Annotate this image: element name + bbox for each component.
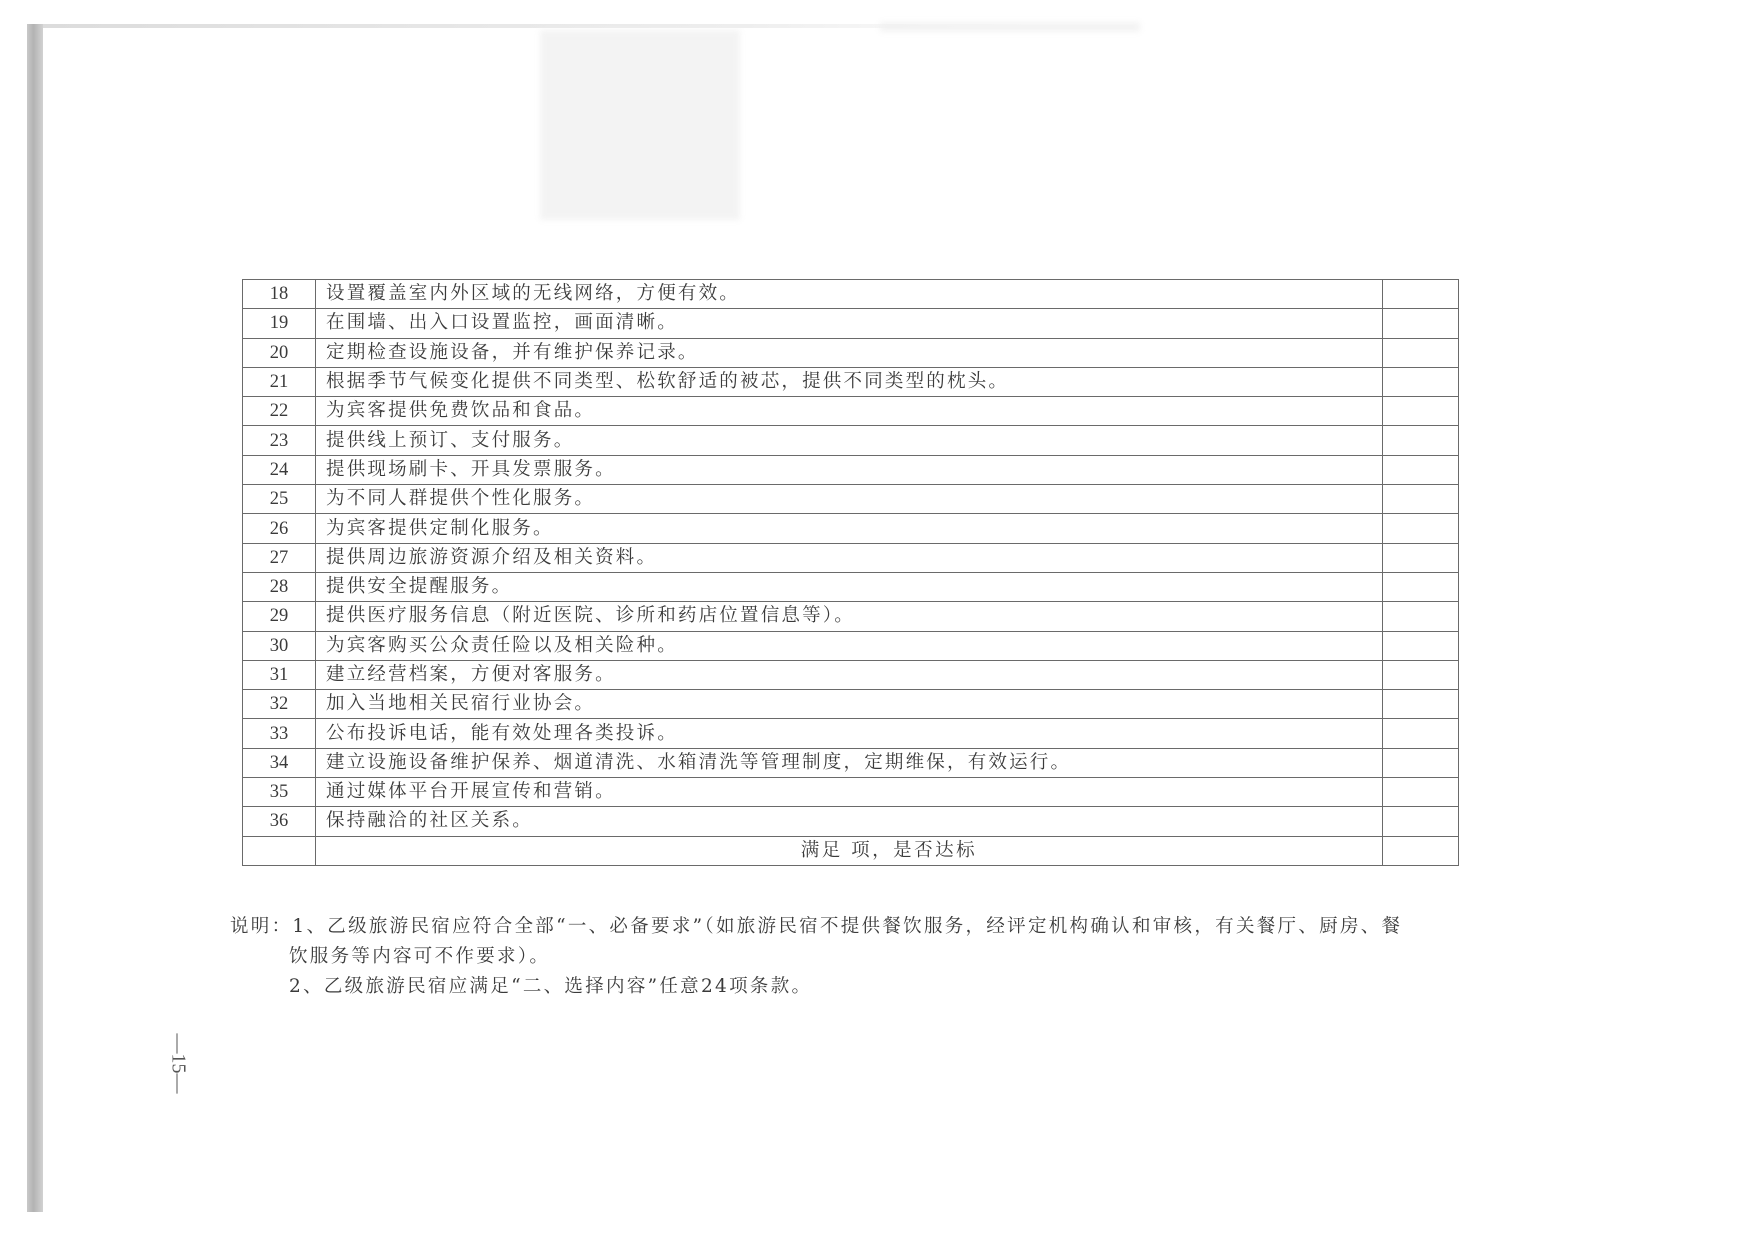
item-text: 公布投诉电话，能有效处理各类投诉。 [316, 719, 1383, 748]
summary-text: 满足 项，是否达标 [316, 836, 1383, 865]
item-number: 28 [243, 572, 316, 601]
check-cell [1383, 748, 1459, 777]
check-cell [1383, 631, 1459, 660]
notes-section: 说明：1、乙级旅游民宿应符合全部“一、必备要求”（如旅游民宿不提供餐饮服务，经评… [230, 912, 1402, 1002]
check-cell [1383, 338, 1459, 367]
item-text: 为不同人群提供个性化服务。 [316, 485, 1383, 514]
scan-edge-shadow [27, 24, 43, 1212]
item-number: 18 [243, 280, 316, 309]
item-text: 为宾客提供定制化服务。 [316, 514, 1383, 543]
item-number: 27 [243, 543, 316, 572]
table-row: 36保持融洽的社区关系。 [243, 807, 1459, 836]
item-number: 22 [243, 397, 316, 426]
note-item-2: 2、乙级旅游民宿应满足“二、选择内容”任意24项条款。 [289, 976, 812, 997]
table-row: 26为宾客提供定制化服务。 [243, 514, 1459, 543]
item-number [243, 836, 316, 865]
table-row: 28提供安全提醒服务。 [243, 572, 1459, 601]
table-row: 20定期检查设施设备，并有维护保养记录。 [243, 338, 1459, 367]
item-number: 32 [243, 690, 316, 719]
check-cell [1383, 280, 1459, 309]
item-text: 定期检查设施设备，并有维护保养记录。 [316, 338, 1383, 367]
table-row: 31建立经营档案，方便对客服务。 [243, 660, 1459, 689]
summary-row: 满足 项，是否达标 [243, 836, 1459, 865]
table-row: 21根据季节气候变化提供不同类型、松软舒适的被芯，提供不同类型的枕头。 [243, 367, 1459, 396]
item-text: 提供医疗服务信息（附近医院、诊所和药店位置信息等）。 [316, 602, 1383, 631]
table-row: 34建立设施设备维护保养、烟道清洗、水箱清洗等管理制度，定期维保，有效运行。 [243, 748, 1459, 777]
note-line-3: 2、乙级旅游民宿应满足“二、选择内容”任意24项条款。 [230, 972, 1402, 1002]
note-item-1-continued: 饮服务等内容可不作要求）。 [289, 946, 550, 967]
bleed-through-smudge [880, 22, 1140, 32]
check-cell [1383, 836, 1459, 865]
table-row: 24提供现场刷卡、开具发票服务。 [243, 455, 1459, 484]
check-cell [1383, 367, 1459, 396]
table-row: 23提供线上预订、支付服务。 [243, 426, 1459, 455]
table-row: 30为宾客购买公众责任险以及相关险种。 [243, 631, 1459, 660]
check-cell [1383, 397, 1459, 426]
check-cell [1383, 514, 1459, 543]
item-number: 20 [243, 338, 316, 367]
check-cell [1383, 719, 1459, 748]
item-text: 提供安全提醒服务。 [316, 572, 1383, 601]
item-text: 加入当地相关民宿行业协会。 [316, 690, 1383, 719]
item-number: 24 [243, 455, 316, 484]
item-text: 在围墙、出入口设置监控，画面清晰。 [316, 309, 1383, 338]
item-text: 为宾客提供免费饮品和食品。 [316, 397, 1383, 426]
item-text: 根据季节气候变化提供不同类型、松软舒适的被芯，提供不同类型的枕头。 [316, 367, 1383, 396]
check-cell [1383, 455, 1459, 484]
item-text: 提供现场刷卡、开具发票服务。 [316, 455, 1383, 484]
check-cell [1383, 602, 1459, 631]
check-cell [1383, 426, 1459, 455]
table-row: 22为宾客提供免费饮品和食品。 [243, 397, 1459, 426]
table-row: 25为不同人群提供个性化服务。 [243, 485, 1459, 514]
table-row: 18设置覆盖室内外区域的无线网络，方便有效。 [243, 280, 1459, 309]
note-line-1: 说明：1、乙级旅游民宿应符合全部“一、必备要求”（如旅游民宿不提供餐饮服务，经评… [230, 912, 1402, 942]
item-text: 为宾客购买公众责任险以及相关险种。 [316, 631, 1383, 660]
table-row: 29提供医疗服务信息（附近医院、诊所和药店位置信息等）。 [243, 602, 1459, 631]
item-number: 25 [243, 485, 316, 514]
check-cell [1383, 807, 1459, 836]
note-line-2: 饮服务等内容可不作要求）。 [230, 942, 1402, 972]
item-text: 保持融洽的社区关系。 [316, 807, 1383, 836]
table-row: 35通过媒体平台开展宣传和营销。 [243, 778, 1459, 807]
table-body: 18设置覆盖室内外区域的无线网络，方便有效。19在围墙、出入口设置监控，画面清晰… [243, 280, 1459, 866]
note-item-1: 1、乙级旅游民宿应符合全部“一、必备要求”（如旅游民宿不提供餐饮服务，经评定机构… [292, 916, 1402, 937]
check-cell [1383, 572, 1459, 601]
bleed-through-smudge [540, 30, 740, 220]
check-cell [1383, 543, 1459, 572]
item-text: 设置覆盖室内外区域的无线网络，方便有效。 [316, 280, 1383, 309]
notes-label: 说明： [230, 916, 292, 937]
item-number: 19 [243, 309, 316, 338]
item-text: 建立经营档案，方便对客服务。 [316, 660, 1383, 689]
item-text: 通过媒体平台开展宣传和营销。 [316, 778, 1383, 807]
table-row: 32加入当地相关民宿行业协会。 [243, 690, 1459, 719]
item-number: 23 [243, 426, 316, 455]
check-cell [1383, 690, 1459, 719]
item-number: 30 [243, 631, 316, 660]
item-number: 31 [243, 660, 316, 689]
table-row: 33公布投诉电话，能有效处理各类投诉。 [243, 719, 1459, 748]
check-cell [1383, 485, 1459, 514]
evaluation-table: 18设置覆盖室内外区域的无线网络，方便有效。19在围墙、出入口设置监控，画面清晰… [242, 279, 1459, 866]
item-number: 35 [243, 778, 316, 807]
item-number: 34 [243, 748, 316, 777]
item-text: 提供线上预订、支付服务。 [316, 426, 1383, 455]
table-row: 27提供周边旅游资源介绍及相关资料。 [243, 543, 1459, 572]
item-number: 26 [243, 514, 316, 543]
item-number: 33 [243, 719, 316, 748]
item-number: 36 [243, 807, 316, 836]
item-text: 建立设施设备维护保养、烟道清洗、水箱清洗等管理制度，定期维保，有效运行。 [316, 748, 1383, 777]
check-cell [1383, 309, 1459, 338]
check-cell [1383, 660, 1459, 689]
check-cell [1383, 778, 1459, 807]
item-text: 提供周边旅游资源介绍及相关资料。 [316, 543, 1383, 572]
item-number: 21 [243, 367, 316, 396]
item-number: 29 [243, 602, 316, 631]
table-row: 19在围墙、出入口设置监控，画面清晰。 [243, 309, 1459, 338]
page-number: —15— [167, 1034, 190, 1094]
